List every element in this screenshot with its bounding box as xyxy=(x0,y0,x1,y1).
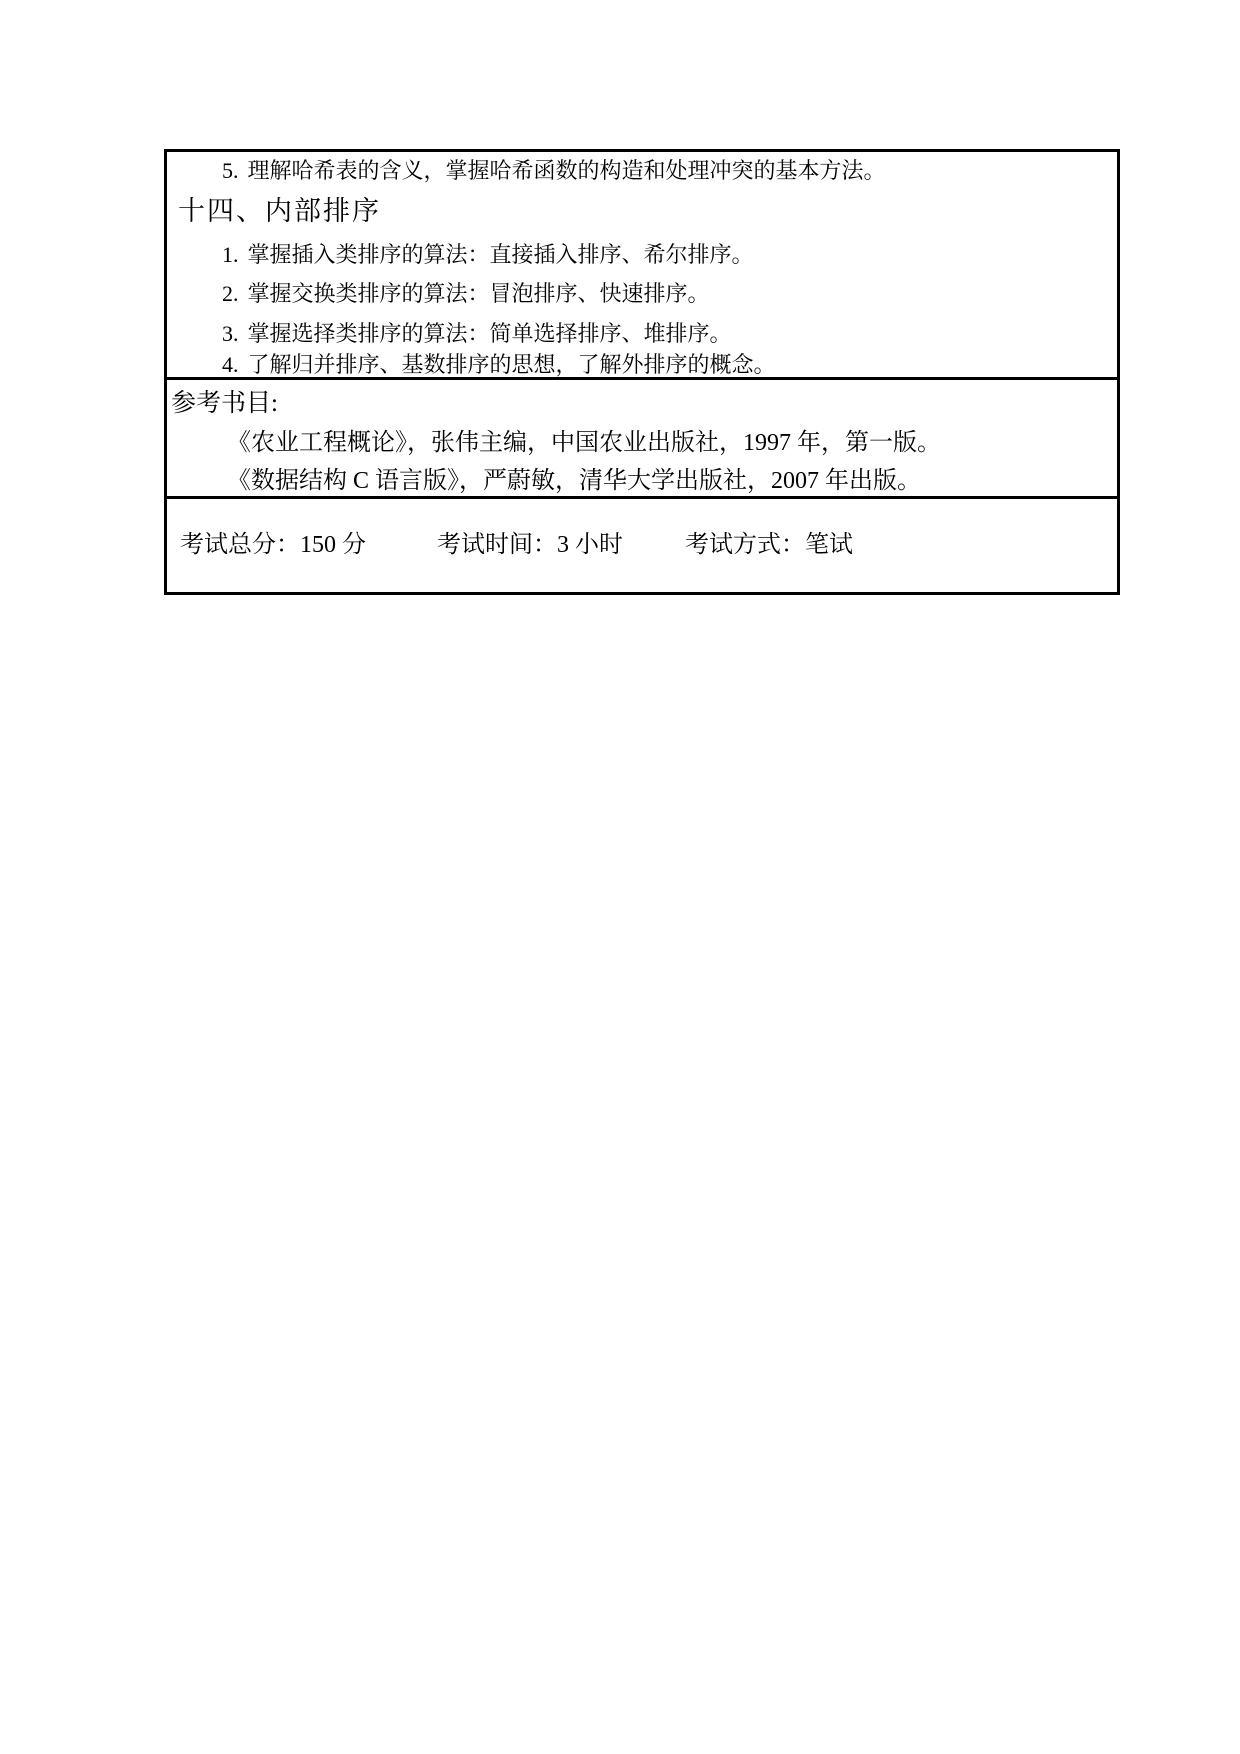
book-entry: 《数据结构 C 语言版》，严蔚敏，清华大学出版社，2007 年出版。 xyxy=(167,468,1117,494)
list-item-number: 1. xyxy=(222,243,239,268)
list-item-number: 5. xyxy=(222,159,239,184)
exam-total-score: 考试总分：150 分 xyxy=(180,532,366,558)
list-item-number: 2. xyxy=(222,282,239,307)
exam-summary-row: 考试总分：150 分 考试时间：3 小时 考试方式：笔试 xyxy=(167,499,1117,592)
section-heading: 十四、内部排序 xyxy=(167,197,1117,227)
list-item-number: 4. xyxy=(222,353,239,378)
exam-format: 考试方式：笔试 xyxy=(685,532,853,558)
list-item-text: 了解归并排序、基数排序的思想，了解外排序的概念。 xyxy=(248,352,776,377)
list-item: 1.掌握插入类排序的算法：直接插入排序、希尔排序。 xyxy=(167,243,1117,268)
list-item: 2.掌握交换类排序的算法：冒泡排序、快速排序。 xyxy=(167,282,1117,307)
references-label: 参考书目: xyxy=(167,380,1117,418)
list-item: 3.掌握选择类排序的算法：简单选择排序、堆排序。 xyxy=(167,322,1117,347)
list-item-text: 掌握交换类排序的算法：冒泡排序、快速排序。 xyxy=(248,281,710,306)
book-entry: 《农业工程概论》，张伟主编，中国农业出版社，1997 年，第一版。 xyxy=(167,430,1117,456)
list-item: 5.理解哈希表的含义，掌握哈希函数的构造和处理冲突的基本方法。 xyxy=(167,152,1117,184)
section-topics-row: 5.理解哈希表的含义，掌握哈希函数的构造和处理冲突的基本方法。 十四、内部排序 … xyxy=(167,152,1117,380)
list-item-text: 理解哈希表的含义，掌握哈希函数的构造和处理冲突的基本方法。 xyxy=(248,158,886,183)
list-item-number: 3. xyxy=(222,322,239,347)
exam-duration: 考试时间：3 小时 xyxy=(437,532,623,558)
references-row: 参考书目: 《农业工程概论》，张伟主编，中国农业出版社，1997 年，第一版。 … xyxy=(167,380,1117,499)
list-item-text: 掌握选择类排序的算法：简单选择排序、堆排序。 xyxy=(248,321,732,346)
syllabus-table: 5.理解哈希表的含义，掌握哈希函数的构造和处理冲突的基本方法。 十四、内部排序 … xyxy=(164,149,1120,595)
document-page: 5.理解哈希表的含义，掌握哈希函数的构造和处理冲突的基本方法。 十四、内部排序 … xyxy=(0,0,1240,1754)
list-item: 4.了解归并排序、基数排序的思想，了解外排序的概念。 xyxy=(167,353,1117,378)
list-item-text: 掌握插入类排序的算法：直接插入排序、希尔排序。 xyxy=(248,242,754,267)
